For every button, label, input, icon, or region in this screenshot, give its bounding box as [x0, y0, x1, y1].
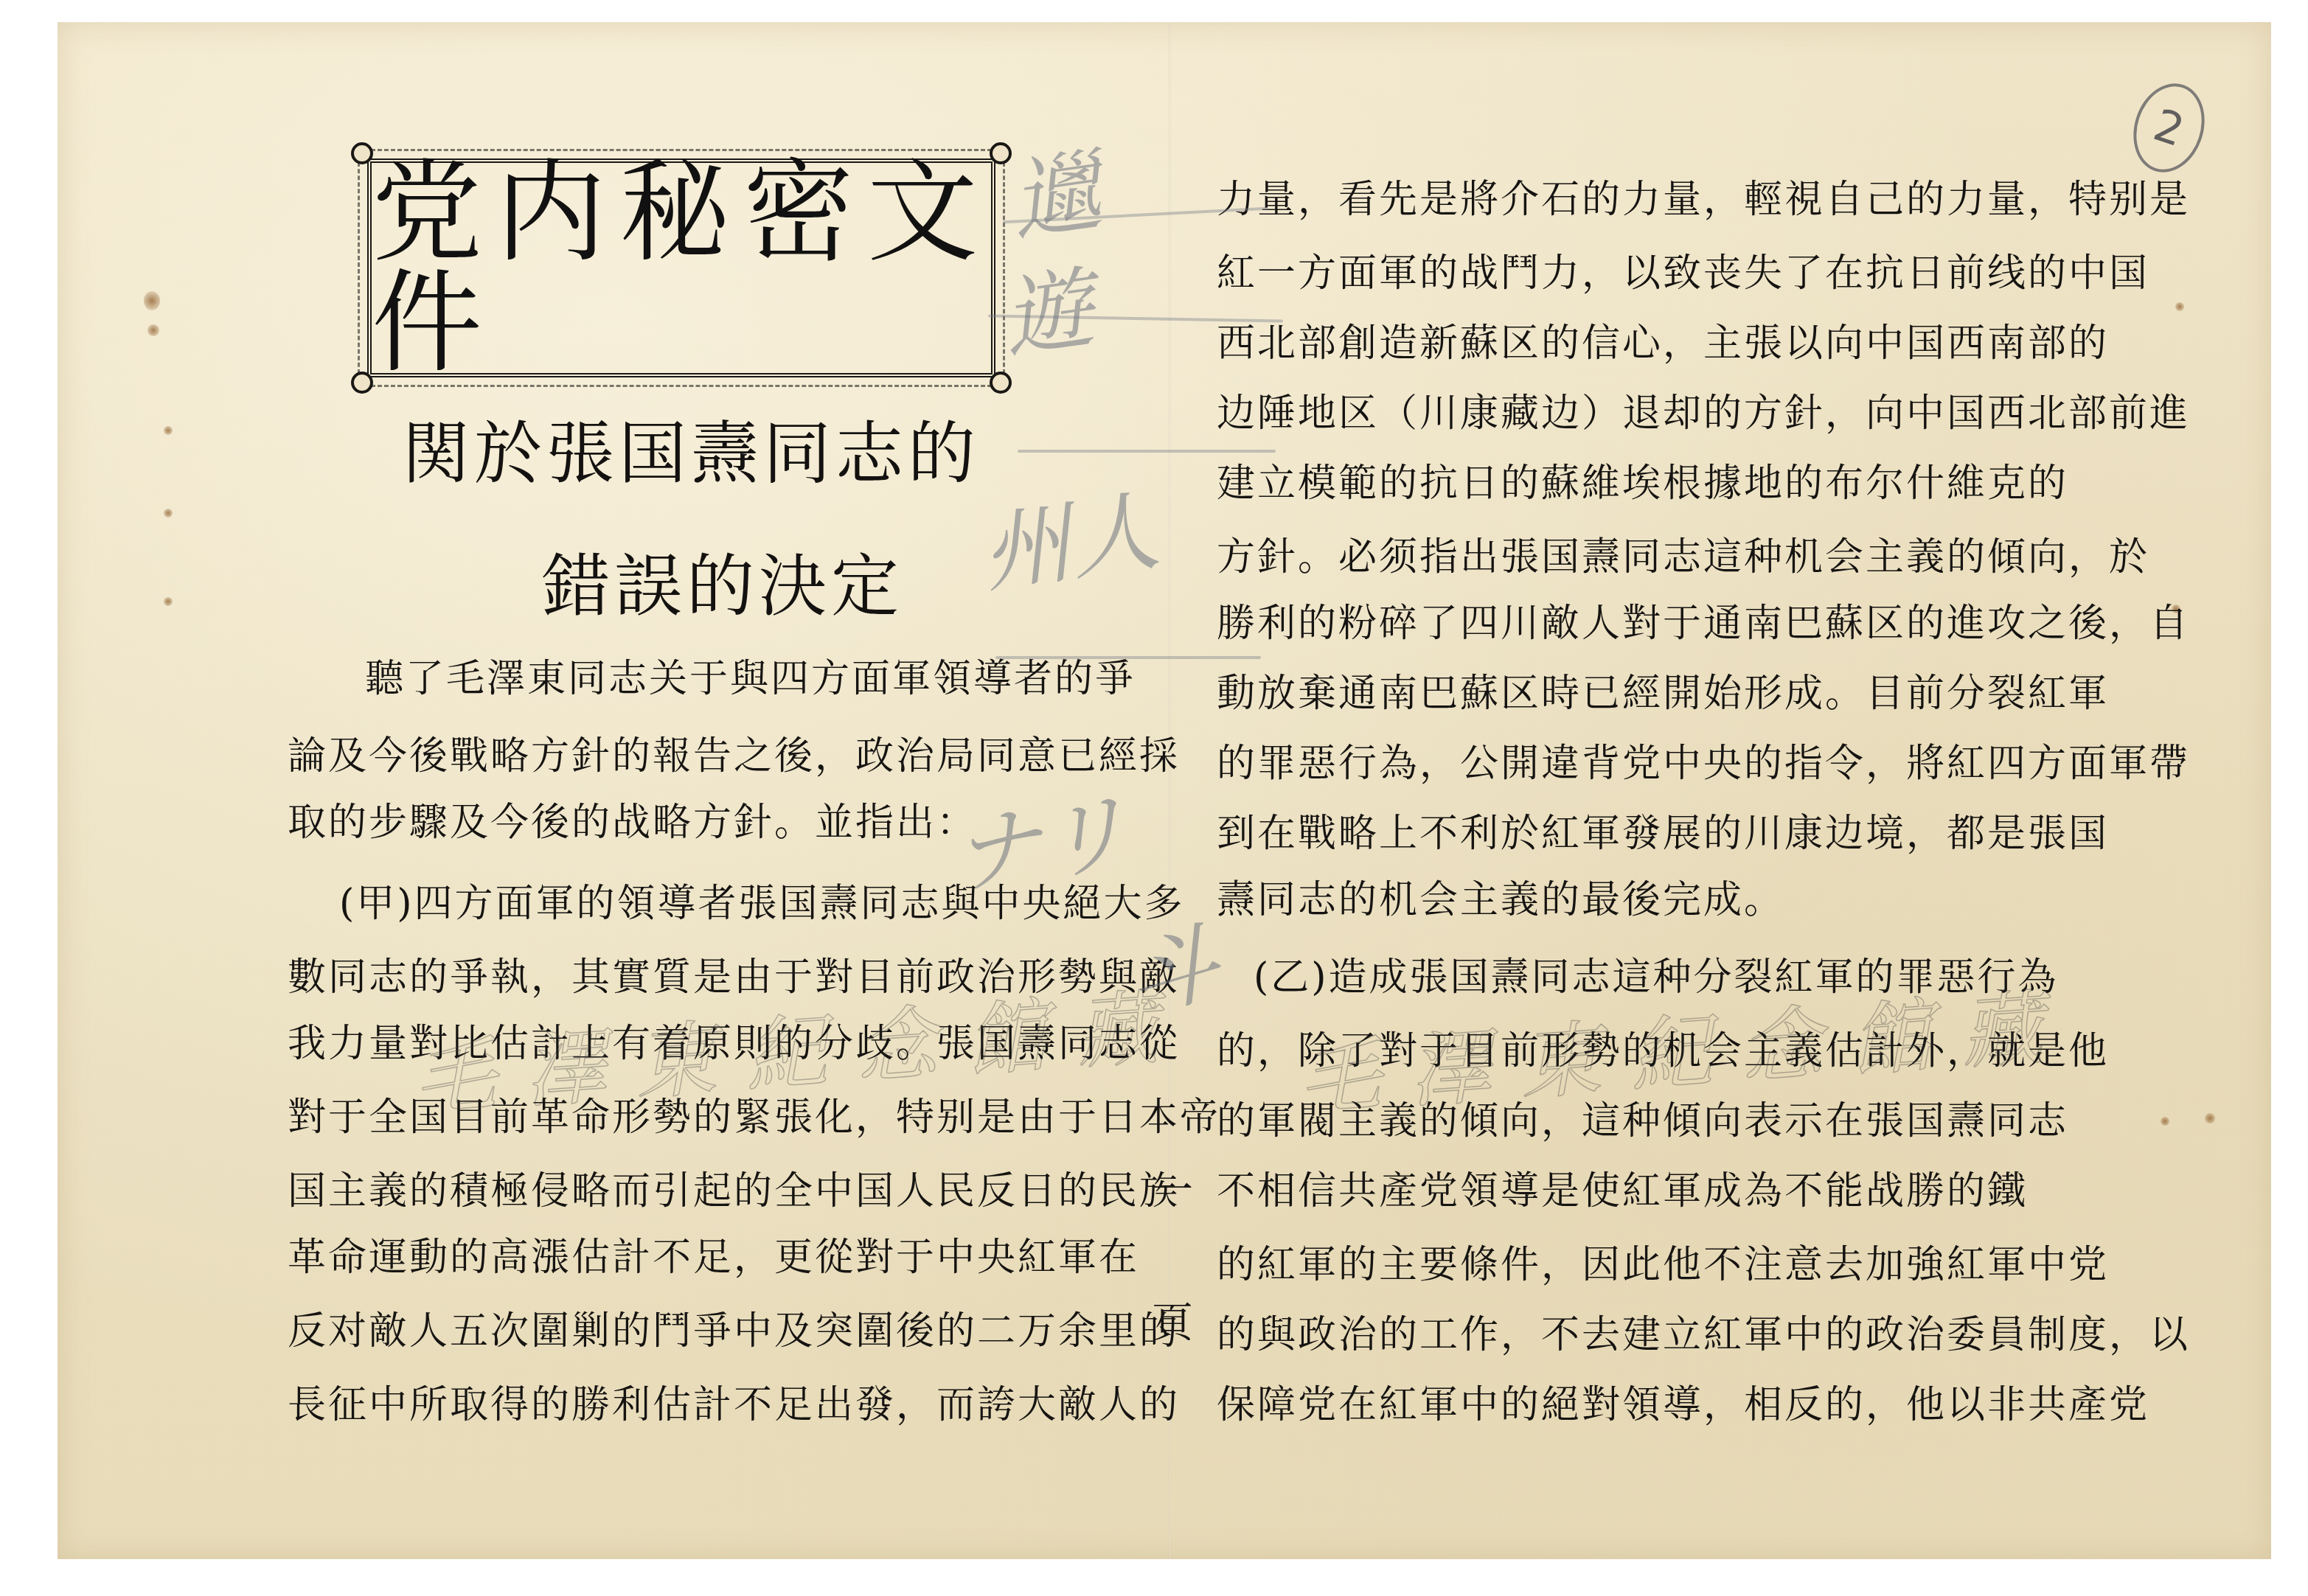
page-number-text: 2 — [2148, 99, 2191, 156]
pencil-annotation: ナリ — [943, 762, 1136, 913]
body-line: 的罪惡行為，公開違背党中央的指令，將紅四方面軍帶 — [1217, 745, 2190, 783]
body-line: 反对敵人五次圍剿的鬥爭中及突圍後的二万余里的 — [288, 1312, 1180, 1351]
body-line: 方針。必须指出張国燾同志這种机会主義的傾向，於 — [1217, 538, 2149, 576]
binding-hole — [2161, 1117, 2169, 1126]
stain — [147, 324, 159, 336]
body-line: 紅一方面軍的战鬥力，以致丧失了在抗日前线的中国 — [1217, 254, 2149, 293]
body-line: 边陲地区（川康藏边）退却的方針，向中国西北部前進 — [1217, 394, 2190, 433]
body-line: 長征中所取得的勝利估計不足出發，而誇大敵人的 — [288, 1386, 1180, 1424]
page-marker-label: 頁 — [1152, 1290, 1193, 1349]
binding-hole — [164, 509, 173, 518]
body-line: 的紅軍的主要條件，因此他不注意去加強紅軍中党 — [1217, 1246, 2109, 1284]
body-line: 建立模範的抗日的蘇維埃根據地的布尔什維克的 — [1217, 464, 2068, 503]
body-line: 勝利的粉碎了四川敵人對于通南巴蘇区的進攻之後，自 — [1217, 604, 2190, 643]
body-line: 燾同志的机会主義的最後完成。 — [1217, 881, 1784, 919]
stain — [144, 291, 160, 310]
body-line: 取的步驟及今後的战略方針。並指出： — [288, 804, 977, 842]
body-line: 動放棄通南巴蘇区時已經開始形成。目前分裂紅軍 — [1217, 675, 2109, 713]
body-line: 力量，看先是將介石的力量，輕視自己的力量，特别是 — [1217, 181, 2190, 219]
body-line: 到在戰略上不利於紅軍發展的川康边境，都是張国 — [1217, 815, 2109, 853]
page-marker-number: 一 — [1152, 1157, 1193, 1216]
binding-hole — [164, 597, 173, 606]
body-line: 論及今後戰略方針的報告之後，政治局同意已經採 — [288, 737, 1180, 776]
frame-corner-ornament — [990, 372, 1012, 394]
body-line: 革命運動的高漲估計不足，更從對于中央紅軍在 — [288, 1238, 1139, 1277]
stain — [2205, 1113, 2215, 1123]
pencil-annotation: 遊 — [995, 237, 1100, 375]
confidential-header: 党内秘密文件 — [372, 158, 991, 379]
body-line: 不相信共產党領導是使紅軍成為不能战勝的鐵 — [1217, 1172, 2028, 1210]
document-title-line-1: 関於張国燾同志的 — [402, 420, 992, 488]
pencil-strike — [995, 656, 1261, 659]
frame-corner-ornament — [351, 372, 373, 394]
body-line: 西北部創造新蘇区的信心，主張以向中国西南部的 — [1217, 324, 2109, 363]
frame-corner-ornament — [351, 142, 373, 164]
body-line: 聽了毛澤東同志关于與四方面軍領導者的爭 — [365, 660, 1136, 698]
pencil-annotation: 邋 — [1002, 119, 1108, 257]
binding-hole — [164, 426, 173, 435]
body-line: 保障党在紅軍中的絕對領導，相反的，他以非共產党 — [1217, 1386, 2149, 1424]
pencil-strike — [1018, 450, 1276, 453]
pencil-annotation: 州人 — [973, 460, 1166, 610]
gutter-page-marker: 一 頁 — [1147, 1157, 1198, 1349]
binding-hole — [2175, 302, 2184, 311]
confidential-stamp-box: 党内秘密文件 — [367, 158, 995, 377]
body-line: 国主義的積極侵略而引起的全中国人民反日的民族 — [288, 1172, 1180, 1210]
body-line: 的與政治的工作，不去建立紅軍中的政治委員制度，以 — [1217, 1316, 2190, 1354]
